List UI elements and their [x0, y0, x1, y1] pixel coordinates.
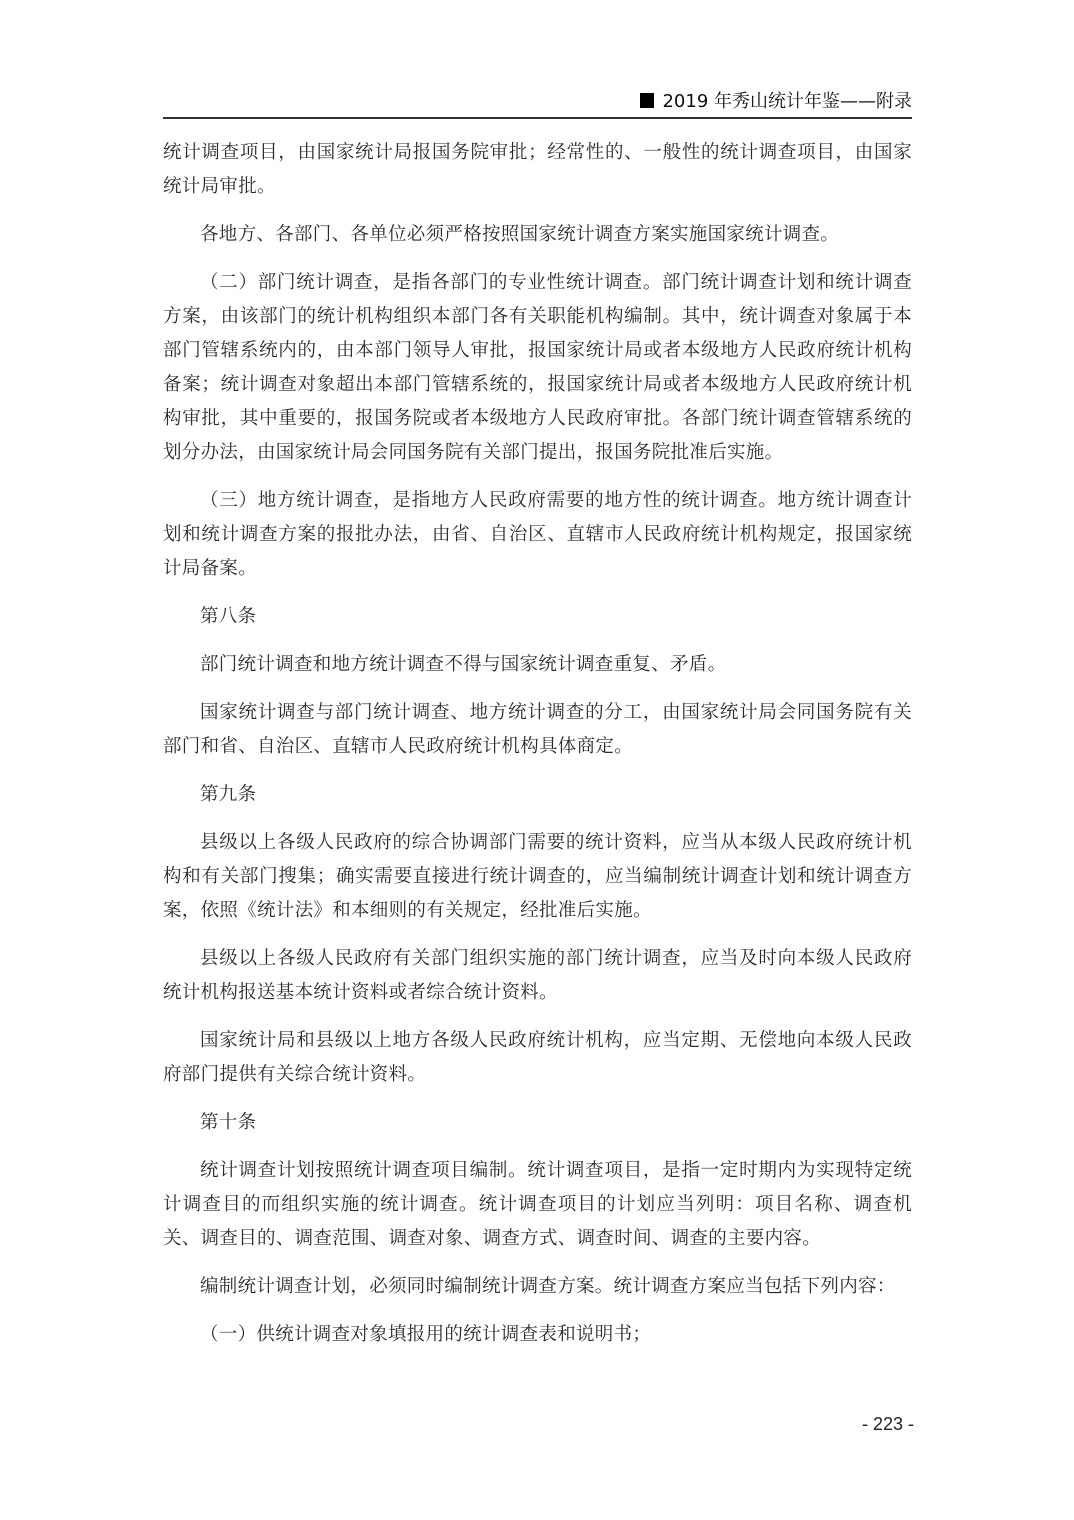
- article-heading-9: 第九条: [163, 778, 912, 812]
- black-square-icon: [640, 93, 654, 108]
- paragraph: 编制统计调查计划，必须同时编制统计调查方案。统计调查方案应当包括下列内容：: [163, 1270, 912, 1304]
- paragraph-continued: 统计调查项目，由国家统计局报国务院审批；经常性的、一般性的统计调查项目，由国家统…: [163, 136, 912, 204]
- paragraph-department-survey: （二）部门统计调查，是指各部门的专业性统计调查。部门统计调查计划和统计调查方案，…: [163, 266, 912, 470]
- paragraph: 国家统计调查与部门统计调查、地方统计调查的分工，由国家统计局会同国务院有关部门和…: [163, 696, 912, 764]
- page-number: - 223 -: [862, 1414, 914, 1435]
- page-body: 统计调查项目，由国家统计局报国务院审批；经常性的、一般性的统计调查项目，由国家统…: [163, 136, 912, 1366]
- list-item-1: （一）供统计调查对象填报用的统计调查表和说明书；: [163, 1318, 912, 1352]
- header-title: 2019 年秀山统计年鉴——附录: [662, 91, 912, 112]
- paragraph: 国家统计局和县级以上地方各级人民政府统计机构，应当定期、无偿地向本级人民政府部门…: [163, 1024, 912, 1092]
- running-header: 2019 年秀山统计年鉴——附录: [163, 90, 912, 119]
- paragraph: 县级以上各级人民政府有关部门组织实施的部门统计调查，应当及时向本级人民政府统计机…: [163, 942, 912, 1010]
- paragraph: 各地方、各部门、各单位必须严格按照国家统计调查方案实施国家统计调查。: [163, 218, 912, 252]
- article-heading-10: 第十条: [163, 1106, 912, 1140]
- paragraph: 县级以上各级人民政府的综合协调部门需要的统计资料，应当从本级人民政府统计机构和有…: [163, 826, 912, 928]
- header-title-wrap: 2019 年秀山统计年鉴——附录: [640, 90, 912, 114]
- paragraph-local-survey: （三）地方统计调查，是指地方人民政府需要的地方性的统计调查。地方统计调查计划和统…: [163, 484, 912, 586]
- article-heading-8: 第八条: [163, 600, 912, 634]
- paragraph: 统计调查计划按照统计调查项目编制。统计调查项目，是指一定时期内为实现特定统计调查…: [163, 1154, 912, 1256]
- paragraph: 部门统计调查和地方统计调查不得与国家统计调查重复、矛盾。: [163, 648, 912, 682]
